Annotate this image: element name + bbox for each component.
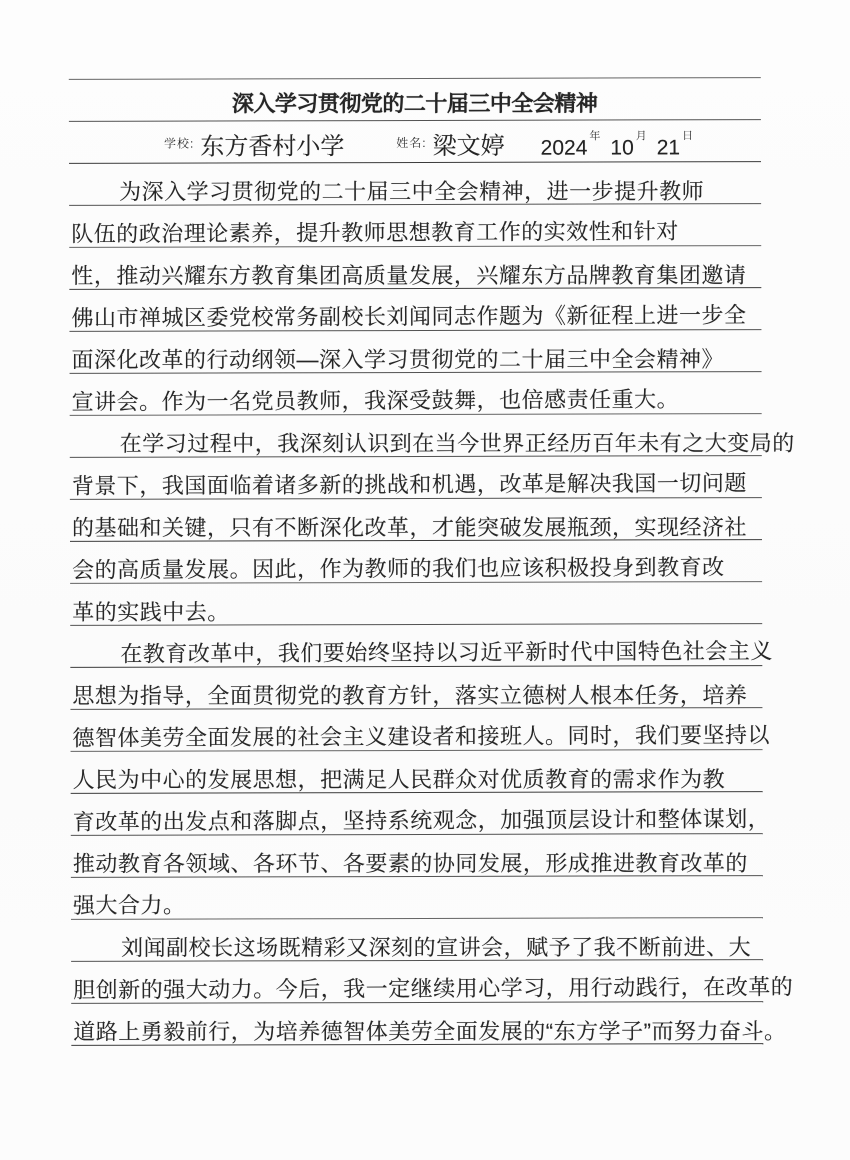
date-day-unit: 日 [682, 127, 693, 143]
line-text: 人民为中心的发展思想，把满足人民群众对优质教育的需求作为教 [73, 769, 726, 792]
line-text: 强大合力。 [73, 894, 186, 917]
essay-title: 深入学习贯彻党的二十届三中全会精神 [232, 93, 598, 115]
date-month-unit: 月 [636, 127, 647, 143]
name-label: 姓名: [396, 134, 426, 151]
handwritten-line: 人民为中心的发展思想，把满足人民群众对优质教育的需求作为教 [71, 750, 763, 794]
ruled-writing-area: 深入学习贯彻党的二十届三中全会精神 学校: 东方香村小学 姓名: 梁文婷 202… [69, 36, 764, 1046]
line-text: 为深入学习贯彻党的二十届三中全会精神，进一步提升教师 [119, 181, 704, 204]
line-text: 刘闻副校长这场既精彩又深刻的宣讲会，赋予了我不断前进、大 [121, 937, 751, 960]
blank-ruled-line [69, 36, 761, 80]
header-info-row: 学校: 东方香村小学 姓名: 梁文婷 2024 年 10 月 21 日 [69, 120, 761, 164]
line-text: 推动教育各领域、各环节、各要素的协同发展，形成推进教育改革的 [73, 853, 748, 876]
line-text: 性，推动兴耀东方教育集团高质量发展，兴耀东方品牌教育集团邀请 [71, 265, 746, 288]
handwritten-line: 会的高质量发展。因此，作为教师的我们也应该积极投身到教育改 [70, 540, 762, 584]
handwritten-line: 面深化改革的行动纲领—深入学习贯彻党的二十届三中全会精神》 [69, 330, 761, 374]
handwritten-line: 胆创新的强大动力。今后，我一定继续用心学习，用行动践行，在改革的 [71, 960, 763, 1004]
line-text: 道路上勇毅前行，为培养德智体美劳全面发展的“东方学子”而努力奋斗。 [73, 1021, 786, 1044]
date-year-unit: 年 [589, 128, 600, 144]
date-month: 10 [610, 136, 633, 160]
school-label: 学校: [164, 135, 194, 152]
handwritten-line: 队伍的政治理论素养，提升教师思想教育工作的实效性和针对 [69, 204, 761, 248]
handwritten-line: 思想为指导，全面贯彻党的教育方针，落实立德树人根本任务，培养 [70, 666, 762, 710]
scanned-handwritten-page: 深入学习贯彻党的二十届三中全会精神 学校: 东方香村小学 姓名: 梁文婷 202… [0, 0, 850, 1160]
handwritten-line: 宣讲会。作为一名党员教师，我深受鼓舞，也倍感责任重大。 [70, 372, 762, 416]
handwritten-line: 在教育改革中，我们要始终坚持以习近平新时代中国特色社会主义 [70, 624, 762, 668]
handwritten-line: 背景下，我国面临着诸多新的挑战和机遇，改革是解决我国一切问题 [70, 456, 762, 500]
line-text: 面深化改革的行动纲领—深入学习贯彻党的二十届三中全会精神》 [72, 349, 725, 372]
line-text: 在学习过程中，我深刻认识到在当今世界正经历百年未有之大变局的 [120, 433, 795, 456]
school-value: 东方香村小学 [200, 126, 344, 161]
handwritten-line: 刘闻副校长这场既精彩又深刻的宣讲会，赋予了我不断前进、大 [71, 918, 763, 962]
handwritten-line: 的基础和关键，只有不断深化改革，才能突破发展瓶颈，实现经济社 [70, 498, 762, 542]
line-text: 队伍的政治理论素养，提升教师思想教育工作的实效性和针对 [71, 221, 679, 246]
handwritten-line: 为深入学习贯彻党的二十届三中全会精神，进一步提升教师 [69, 162, 761, 206]
name-value: 梁文婷 [433, 126, 505, 161]
line-text: 思想为指导，全面贯彻党的教育方针，落实立德树人根本任务，培养 [72, 685, 747, 708]
handwritten-line: 佛山市禅城区委党校常务副校长刘闻同志作题为《新征程上进一步全 [69, 288, 761, 332]
line-text: 在教育改革中，我们要始终坚持以习近平新时代中国特色社会主义 [120, 640, 773, 665]
line-text: 的基础和关键，只有不断深化改革，才能突破发展瓶颈，实现经济社 [72, 517, 747, 540]
handwritten-line: 革的实践中去。 [70, 582, 762, 626]
handwritten-line: 育改革的出发点和落脚点，坚持系统观念，加强顶层设计和整体谋划， [71, 792, 763, 836]
line-text: 育改革的出发点和落脚点，坚持系统观念，加强顶层设计和整体谋划， [73, 808, 771, 833]
handwritten-line: 推动教育各领域、各环节、各要素的协同发展，形成推进教育改革的 [71, 834, 763, 878]
line-text: 会的高质量发展。因此，作为教师的我们也应该积极投身到教育改 [72, 557, 725, 582]
line-text: 佛山市禅城区委党校常务副校长刘闻同志作题为《新征程上进一步全 [71, 304, 746, 329]
line-text: 宣讲会。作为一名党员教师，我深受鼓舞，也倍感责任重大。 [72, 389, 680, 414]
line-text: 革的实践中去。 [72, 602, 230, 624]
handwritten-line: 德智体美劳全面发展的社会主义建设者和接班人。同时，我们要坚持以 [70, 708, 762, 752]
handwritten-line: 强大合力。 [71, 876, 763, 920]
date-group: 2024 年 10 月 21 日 [531, 127, 694, 161]
handwritten-line: 性，推动兴耀东方教育集团高质量发展，兴耀东方品牌教育集团邀请 [69, 246, 761, 290]
line-text: 背景下，我国面临着诸多新的挑战和机遇，改革是解决我国一切问题 [72, 472, 747, 497]
handwritten-line: 道路上勇毅前行，为培养德智体美劳全面发展的“东方学子”而努力奋斗。 [71, 1002, 763, 1046]
handwritten-line: 在学习过程中，我深刻认识到在当今世界正经历百年未有之大变局的 [70, 414, 762, 458]
date-year: 2024 [541, 137, 588, 161]
date-day: 21 [657, 136, 680, 160]
line-text: 德智体美劳全面发展的社会主义建设者和接班人。同时，我们要坚持以 [72, 724, 770, 749]
essay-title-row: 深入学习贯彻党的二十届三中全会精神 [69, 78, 761, 122]
line-text: 胆创新的强大动力。今后，我一定继续用心学习，用行动践行，在改革的 [73, 976, 793, 1001]
